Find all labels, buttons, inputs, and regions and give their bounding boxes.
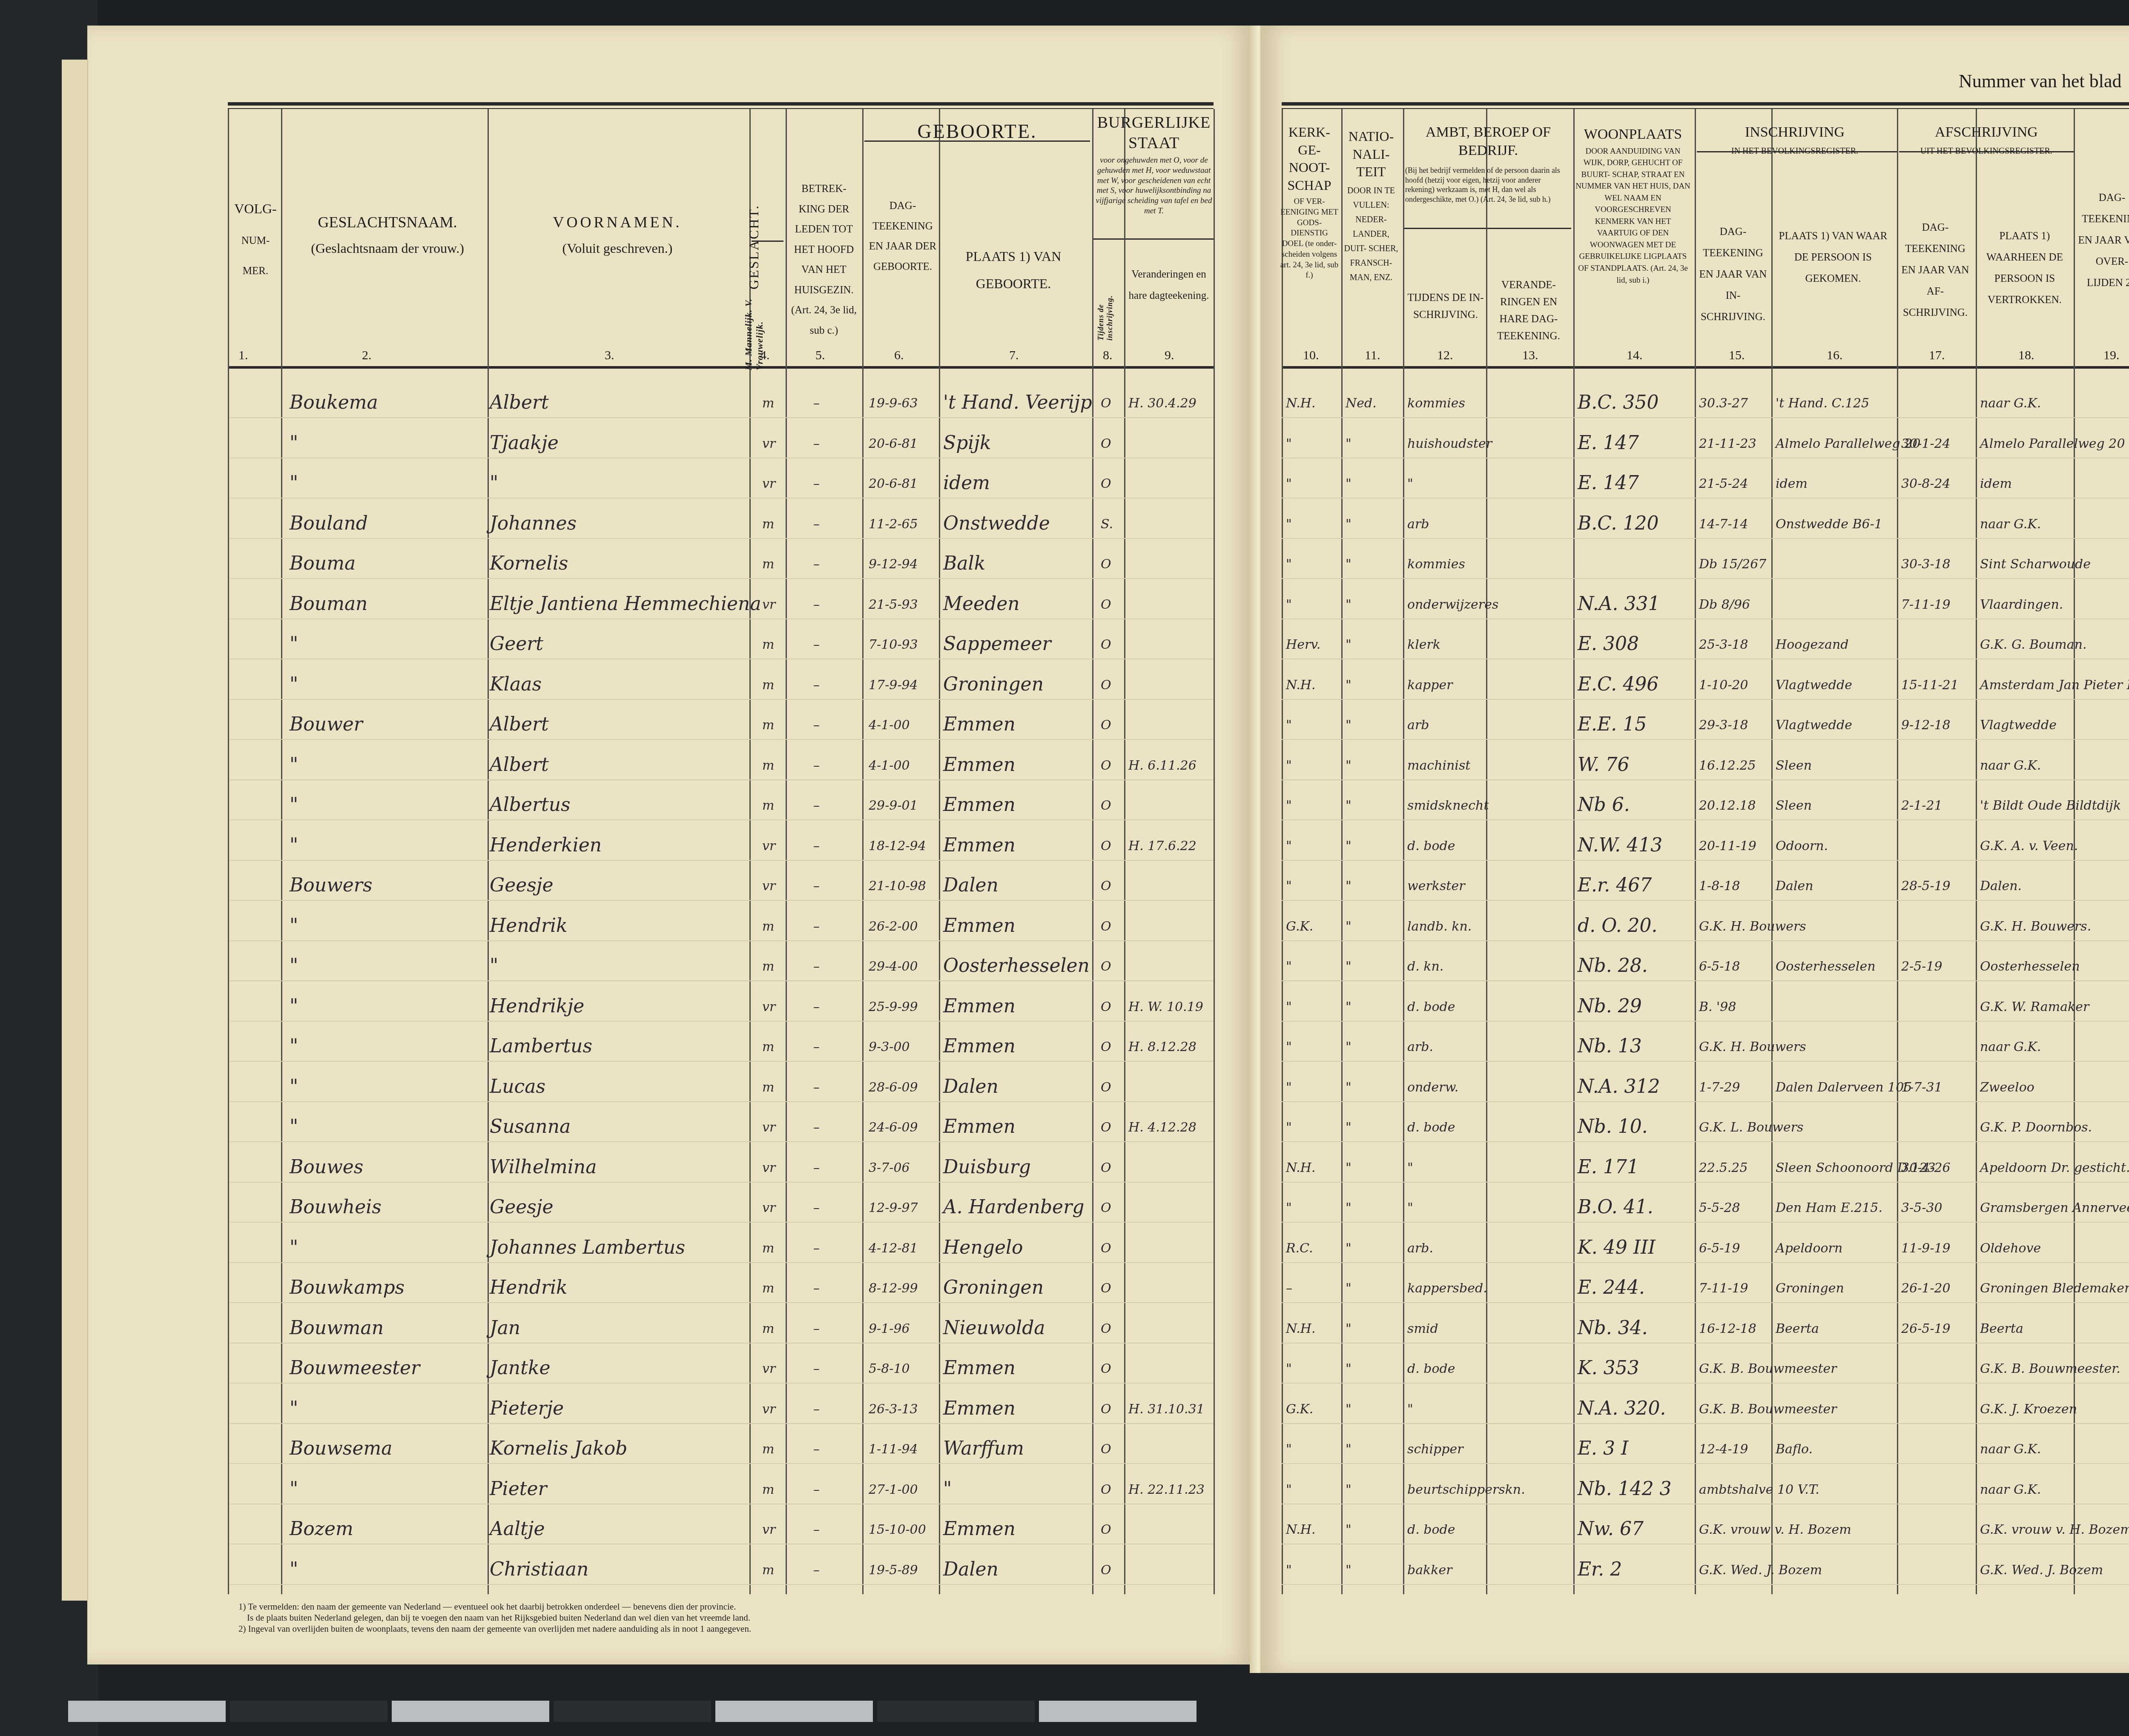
arrived-from-cell: Hoogezand — [1776, 637, 1848, 652]
arrived-from-cell: Dalen Dalerveen 105 — [1776, 1080, 1912, 1095]
address-cell: Nb. 29 — [1578, 995, 1642, 1017]
relation-cell: – — [813, 1040, 820, 1054]
relation-cell: – — [813, 1361, 820, 1376]
arrived-from-cell: Almelo Parallelweg 20 — [1776, 436, 1921, 451]
relation-cell: – — [813, 557, 820, 572]
arrived-from-cell: Apeldoorn — [1776, 1241, 1842, 1256]
relation-cell: – — [813, 1160, 820, 1175]
birth-date-cell: 21-5-93 — [869, 597, 918, 612]
relation-cell: – — [813, 1080, 820, 1095]
departed-to-cell: Gramsbergen Annerveen 623. — [1980, 1200, 2129, 1215]
church-cell: " — [1286, 1482, 1292, 1497]
occupation-cell: arb — [1407, 517, 1429, 532]
birth-place-cell: Onstwedde — [943, 513, 1050, 534]
occupation-cell: d. bode — [1407, 1000, 1455, 1014]
nationality-cell: " — [1346, 839, 1351, 854]
header-text: AMBT, BEROEP OF BEDRIJF. — [1405, 123, 1571, 160]
civil-status-cell: O — [1101, 839, 1111, 854]
registration-date-cell: G.K. B. Bouwmeester — [1699, 1402, 1837, 1417]
row-line — [230, 417, 1214, 418]
given-names-cell: Kornelis — [490, 553, 568, 574]
birth-place-cell: Emmen — [943, 713, 1016, 735]
column-number: 15. — [1729, 348, 1745, 363]
row-line — [230, 619, 1214, 619]
surname-cell: " — [290, 794, 298, 816]
occupation-cell: klerk — [1407, 637, 1440, 652]
birth-date-cell: 5-8-10 — [869, 1361, 910, 1376]
church-cell: " — [1286, 1200, 1292, 1215]
surname-cell: Bouwer — [290, 713, 363, 735]
nationality-cell: " — [1346, 1000, 1351, 1014]
occupation-cell: arb. — [1407, 1040, 1433, 1054]
birth-date-cell: 20-6-81 — [869, 436, 918, 451]
row-line — [230, 779, 1214, 780]
sex-cell: m — [762, 396, 774, 411]
calibration-square — [68, 1701, 226, 1722]
registration-date-cell: G.K. L. Bouwers — [1699, 1120, 1804, 1135]
civil-status-cell: O — [1101, 396, 1111, 411]
birth-date-cell: 18-12-94 — [869, 839, 926, 854]
row-line — [1282, 1222, 2129, 1223]
header-text: VOORNAMEN. — [490, 213, 745, 232]
surname-cell: " — [290, 432, 298, 454]
header-text: INSCHRIJVING — [1697, 123, 1893, 142]
church-cell: " — [1286, 476, 1292, 491]
address-cell: B.C. 120 — [1578, 513, 1658, 534]
nationality-cell: " — [1346, 1402, 1351, 1417]
header-inschrijving-plaats: PLAATS 1) VAN WAAR DE PERSOON IS GEKOMEN… — [1771, 226, 1895, 289]
church-cell: " — [1286, 1080, 1292, 1095]
column-number: 5. — [815, 348, 825, 363]
civil-status-cell: O — [1101, 637, 1111, 652]
deregistration-date-cell: 26-1-20 — [1901, 1281, 1951, 1296]
deregistration-date-cell: 1-7-31 — [1901, 1080, 1942, 1095]
birth-date-cell: 21-10-98 — [869, 879, 926, 894]
civil-change-cell: H. W. 10.19 — [1128, 1000, 1203, 1014]
relation-cell: – — [813, 1522, 820, 1537]
occupation-cell: bakker — [1407, 1563, 1452, 1578]
sex-cell: vr — [762, 597, 775, 612]
birth-date-cell: 4-12-81 — [869, 1241, 918, 1256]
birth-place-cell: idem — [943, 472, 990, 494]
registration-date-cell: 6-5-19 — [1699, 1241, 1740, 1256]
civil-status-cell: O — [1101, 1522, 1111, 1537]
relation-cell: – — [813, 517, 820, 532]
surname-cell: " — [290, 673, 298, 695]
header-geslachtsnaam: GESLACHTSNAAM. (Geslachtsnaam der vrouw.… — [290, 213, 485, 257]
birth-place-cell: Emmen — [943, 995, 1016, 1017]
civil-status-cell: O — [1101, 718, 1111, 733]
birth-date-cell: 1-11-94 — [869, 1442, 918, 1457]
given-names-cell: Geert — [490, 633, 543, 655]
given-names-cell: Albert — [490, 392, 549, 413]
header-kerkgenootschap: KERK- GE- NOOT- SCHAP OF VER- EENIGING M… — [1280, 123, 1339, 281]
row-line — [1282, 779, 2129, 780]
departed-to-cell: Vlagtwedde — [1980, 718, 2057, 733]
registration-date-cell: ambtshalve 10 V.T. — [1699, 1482, 1819, 1497]
column-divider — [1897, 109, 1898, 1594]
relation-cell: – — [813, 919, 820, 934]
row-line — [230, 538, 1214, 539]
nationality-cell: Ned. — [1346, 396, 1377, 411]
civil-change-cell: H. 4.12.28 — [1128, 1120, 1196, 1135]
nationality-cell: " — [1346, 597, 1351, 612]
arrived-from-cell: Dalen — [1776, 879, 1813, 894]
given-names-cell: Pieterje — [490, 1398, 564, 1419]
surname-cell: " — [290, 472, 298, 494]
row-line — [230, 1182, 1214, 1183]
surname-cell: Bouwmeester — [290, 1357, 420, 1379]
civil-status-cell: O — [1101, 1200, 1111, 1215]
row-line — [230, 860, 1214, 861]
occupation-cell: arb. — [1407, 1241, 1433, 1256]
header-overlijden: DAG- TEEKENING EN JAAR VAN OVER- LIJDEN … — [2078, 187, 2129, 294]
birth-place-cell: Emmen — [943, 1116, 1016, 1137]
civil-status-cell: O — [1101, 1080, 1111, 1095]
civil-change-cell: H. 6.11.26 — [1128, 758, 1196, 773]
header-subtext: DOOR IN TE VULLEN: NEDER- LANDER, DUIT- … — [1341, 183, 1401, 285]
top-rule — [228, 102, 1214, 106]
surname-cell: " — [290, 1478, 298, 1500]
registration-date-cell: 7-11-19 — [1699, 1281, 1748, 1296]
surname-cell: " — [290, 1398, 298, 1419]
column-number: 10. — [1303, 348, 1319, 363]
sex-cell: m — [762, 1241, 774, 1256]
row-line — [230, 739, 1214, 740]
column-number: 14. — [1627, 348, 1643, 363]
church-cell: " — [1286, 1361, 1292, 1376]
occupation-cell: smid — [1407, 1321, 1438, 1336]
sex-cell: m — [762, 1563, 774, 1578]
birth-place-cell: Hengelo — [943, 1237, 1023, 1258]
header-subtext: (Bij het bedrijf vermelden of de persoon… — [1405, 166, 1571, 204]
row-line — [1282, 1423, 2129, 1424]
address-cell: d. O. 20. — [1578, 915, 1658, 937]
relation-cell: – — [813, 1000, 820, 1014]
address-cell: Nb. 10. — [1578, 1116, 1648, 1137]
civil-status-cell: O — [1101, 1120, 1111, 1135]
row-line — [1282, 1343, 2129, 1344]
birth-place-cell: " — [943, 1478, 952, 1500]
sex-cell: m — [762, 1281, 774, 1296]
surname-cell: Bouman — [290, 593, 367, 615]
nationality-cell: " — [1346, 1563, 1351, 1578]
occupation-cell: d. kn. — [1407, 959, 1443, 974]
arrived-from-cell: Odoorn. — [1776, 839, 1828, 854]
birth-date-cell: 29-4-00 — [869, 959, 918, 974]
civil-status-cell: O — [1101, 959, 1111, 974]
relation-cell: – — [813, 1482, 820, 1497]
header-rule — [1282, 366, 2129, 369]
registration-date-cell: 1-8-18 — [1699, 879, 1740, 894]
deregistration-date-cell: 9-12-18 — [1901, 718, 1951, 733]
departed-to-cell: G.K. G. Bouman. — [1980, 637, 2087, 652]
sheet-number-label: Nummer van het blad — [1959, 70, 2121, 92]
column-number: 19. — [2103, 348, 2120, 363]
church-cell: " — [1286, 436, 1292, 451]
church-cell: " — [1286, 839, 1292, 854]
address-cell: Nb. 28. — [1578, 955, 1648, 977]
birth-date-cell: 3-7-06 — [869, 1160, 910, 1175]
birth-date-cell: 26-2-00 — [869, 919, 918, 934]
address-cell: Nb. 34. — [1578, 1317, 1648, 1339]
row-line — [1282, 1182, 2129, 1183]
column-divider — [1341, 109, 1343, 1594]
given-names-cell: Johannes Lambertus — [490, 1237, 685, 1258]
address-cell: Er. 2 — [1578, 1558, 1622, 1580]
surname-cell: " — [290, 915, 298, 937]
church-cell: " — [1286, 517, 1292, 532]
footnote-1: 1) Te vermelden: den naam der gemeente v… — [238, 1601, 736, 1612]
registration-date-cell: 29-3-18 — [1699, 718, 1748, 733]
civil-status-cell: O — [1101, 879, 1111, 894]
header-tijdens-inschrijving: Tijdens de inschrijving. — [1096, 264, 1114, 341]
header-afschrijving: AFSCHRIJVING UIT HET BEVOLKINGSREGISTER. — [1899, 123, 2074, 157]
column-divider — [1124, 109, 1125, 1594]
departed-to-cell: G.K. H. Bouwers. — [1980, 919, 2091, 934]
column-divider — [1573, 109, 1575, 1594]
deregistration-date-cell: 2-1-21 — [1901, 798, 1942, 813]
birth-date-cell: 15-10-00 — [869, 1522, 926, 1537]
header-geboorte-plaats: PLAATS 1) VAN GEBOORTE. — [941, 243, 1086, 297]
given-names-cell: Lucas — [490, 1076, 545, 1097]
sex-cell: vr — [762, 839, 775, 854]
church-cell: " — [1286, 557, 1292, 572]
header-text: VOLG- — [230, 200, 281, 217]
row-line — [1282, 1383, 2129, 1384]
header-subtext: (Geslachtsnaam der vrouw.) — [290, 240, 485, 257]
birth-place-cell: Emmen — [943, 1518, 1016, 1540]
church-cell: " — [1286, 758, 1292, 773]
row-line — [1282, 1504, 2129, 1504]
header-text: NUM- — [230, 234, 281, 247]
sex-cell: vr — [762, 1200, 775, 1215]
header-ambt-tijdens: TIJDENS DE IN- SCHRIJVING. — [1405, 289, 1486, 324]
given-names-cell: Hendrikje — [490, 995, 584, 1017]
subheader-rule — [1092, 238, 1214, 240]
header-subtext: UIT HET BEVOLKINGSREGISTER. — [1899, 146, 2074, 157]
nationality-cell: " — [1346, 436, 1351, 451]
given-names-cell: Jantke — [490, 1357, 551, 1379]
relation-cell: – — [813, 396, 820, 411]
departed-to-cell: 't Bildt Oude Bildtdijk — [1980, 798, 2121, 813]
row-line — [1282, 739, 2129, 740]
registration-date-cell: 25-3-18 — [1699, 637, 1748, 652]
header-subtext: OF VER- EENIGING MET GODS- DIENSTIG DOEL… — [1280, 197, 1339, 281]
occupation-cell: schipper — [1407, 1442, 1463, 1457]
surname-cell: Bouland — [290, 513, 368, 534]
address-cell: E.r. 467 — [1578, 874, 1652, 896]
row-line — [1282, 940, 2129, 941]
deregistration-date-cell: 30-3-18 — [1901, 557, 1951, 572]
column-number: 9. — [1165, 348, 1174, 363]
given-names-cell: " — [490, 955, 498, 977]
header-woonplaats: WOONPLAATS DOOR AANDUIDING VAN WIJK, DOR… — [1575, 126, 1690, 286]
address-cell: E.C. 496 — [1578, 673, 1658, 695]
occupation-cell: " — [1407, 476, 1413, 491]
row-line — [1282, 458, 2129, 458]
column-number: 1. — [238, 348, 248, 363]
deregistration-date-cell: 28-5-19 — [1901, 879, 1951, 894]
deregistration-date-cell: 11-9-19 — [1901, 1241, 1951, 1256]
column-number: 17. — [1929, 348, 1945, 363]
occupation-cell: d. bode — [1407, 1522, 1455, 1537]
header-geboorte: GEBOORTE. — [864, 119, 1090, 144]
header-volgnummer: VOLG- NUM- MER. — [230, 200, 281, 278]
arrived-from-cell: Groningen — [1776, 1281, 1844, 1296]
header-afschrijving-plaats: PLAATS 1) WAARHEEN DE PERSOON IS VERTROK… — [1976, 226, 2074, 311]
sex-cell: m — [762, 678, 774, 693]
row-line — [1282, 1021, 2129, 1022]
header-betrekking: BETREK- KING DER LEDEN TOT HET HOOFD VAN… — [788, 179, 860, 341]
row-line — [1282, 659, 2129, 659]
birth-place-cell: Balk — [943, 553, 985, 574]
deregistration-date-cell: 3-5-30 — [1901, 1200, 1942, 1215]
row-line — [230, 578, 1214, 579]
footnote-2: 2) Ingeval van overlijden buiten de woon… — [238, 1624, 751, 1634]
birth-date-cell: 19-9-63 — [869, 396, 918, 411]
given-names-cell: Johannes — [490, 513, 577, 534]
sex-cell: m — [762, 1482, 774, 1497]
nationality-cell: " — [1346, 1040, 1351, 1054]
column-number: 18. — [2018, 348, 2034, 363]
given-names-cell: Eltje Jantiena Hemmechiena — [490, 593, 761, 615]
sex-cell: vr — [762, 1120, 775, 1135]
birth-place-cell: Emmen — [943, 1035, 1016, 1057]
header-geslacht: GESLACHT. — [746, 162, 762, 289]
row-line — [230, 659, 1214, 659]
surname-cell: Bouwsema — [290, 1438, 392, 1459]
column-number: 2. — [362, 348, 372, 363]
civil-status-cell: O — [1101, 1563, 1111, 1578]
row-line — [1282, 1463, 2129, 1464]
birth-place-cell: Emmen — [943, 754, 1016, 776]
row-line — [1282, 860, 2129, 861]
relation-cell: – — [813, 758, 820, 773]
church-cell: R.C. — [1286, 1241, 1313, 1256]
birth-place-cell: Duisburg — [943, 1156, 1031, 1178]
departed-to-cell: naar G.K. — [1980, 517, 2041, 532]
departed-to-cell: Apeldoorn Dr. gesticht. — [1980, 1160, 2129, 1175]
address-cell: E. 171 — [1578, 1156, 1639, 1178]
sex-cell: m — [762, 758, 774, 773]
given-names-cell: Albert — [490, 754, 549, 776]
given-names-cell: Aaltje — [490, 1518, 545, 1540]
civil-status-cell: O — [1101, 798, 1111, 813]
address-cell: E. 147 — [1578, 432, 1639, 454]
registration-date-cell: 5-5-28 — [1699, 1200, 1740, 1215]
address-cell: Nb. 13 — [1578, 1035, 1642, 1057]
departed-to-cell: naar G.K. — [1980, 1040, 2041, 1054]
given-names-cell: Albertus — [490, 794, 571, 816]
registration-date-cell: G.K. B. Bouwmeester — [1699, 1361, 1837, 1376]
header-nationaliteit: NATIO- NALI- TEIT DOOR IN TE VULLEN: NED… — [1341, 128, 1401, 285]
row-line — [230, 1343, 1214, 1344]
occupation-cell: onderw. — [1407, 1080, 1458, 1095]
row-line — [1282, 900, 2129, 901]
occupation-cell: kommies — [1407, 396, 1465, 411]
row-line — [230, 1262, 1214, 1263]
sex-cell: vr — [762, 1402, 775, 1417]
surname-cell: " — [290, 633, 298, 655]
civil-status-cell: O — [1101, 1402, 1111, 1417]
registration-date-cell: B. '98 — [1699, 1000, 1736, 1014]
occupation-cell: d. bode — [1407, 839, 1455, 854]
given-names-cell: Jan — [490, 1317, 520, 1339]
address-cell: K. 353 — [1578, 1357, 1639, 1379]
church-cell: – — [1286, 1281, 1292, 1296]
surname-cell: " — [290, 1237, 298, 1258]
church-cell: " — [1286, 597, 1292, 612]
registration-date-cell: G.K. H. Bouwers — [1699, 919, 1806, 934]
header-geboorte-datum: DAG- TEEKENING EN JAAR DER GEBOORTE. — [864, 196, 941, 277]
row-line — [230, 900, 1214, 901]
relation-cell: – — [813, 839, 820, 854]
given-names-cell: Henderkien — [490, 834, 602, 856]
column-divider — [1214, 109, 1215, 1594]
church-cell: " — [1286, 1000, 1292, 1014]
address-cell: Nw. 67 — [1578, 1518, 1644, 1540]
relation-cell: – — [813, 1442, 820, 1457]
column-divider — [786, 109, 787, 1594]
given-names-cell: Pieter — [490, 1478, 547, 1500]
row-line — [230, 1101, 1214, 1102]
civil-status-cell: O — [1101, 476, 1111, 491]
column-divider — [1695, 109, 1696, 1594]
surname-cell: Bouma — [290, 553, 356, 574]
nationality-cell: " — [1346, 1120, 1351, 1135]
registration-date-cell: 21-11-23 — [1699, 436, 1756, 451]
nationality-cell: " — [1346, 1321, 1351, 1336]
column-number: 4. — [760, 348, 770, 363]
relation-cell: – — [813, 476, 820, 491]
nationality-cell: " — [1346, 1522, 1351, 1537]
departed-to-cell: naar G.K. — [1980, 396, 2041, 411]
header-text: MER. — [230, 264, 281, 278]
row-line — [1282, 619, 2129, 619]
header-text: GESLACHTSNAAM. — [290, 213, 485, 232]
given-names-cell: Geesje — [490, 1196, 554, 1218]
relation-cell: – — [813, 879, 820, 894]
registration-date-cell: G.K. vrouw v. H. Bozem — [1699, 1522, 1851, 1537]
relation-cell: – — [813, 678, 820, 693]
address-cell: N.A. 312 — [1578, 1076, 1660, 1097]
calibration-square — [1039, 1701, 1196, 1722]
civil-status-cell: O — [1101, 1000, 1111, 1014]
departed-to-cell: G.K. B. Bouwmeester. — [1980, 1361, 2120, 1376]
relation-cell: – — [813, 1402, 820, 1417]
church-cell: " — [1286, 1442, 1292, 1457]
registration-date-cell: 22.5.25 — [1699, 1160, 1748, 1175]
row-line — [230, 980, 1214, 981]
arrived-from-cell: Den Ham E.215. — [1776, 1200, 1882, 1215]
birth-date-cell: 20-6-81 — [869, 476, 918, 491]
address-cell: E. 308 — [1578, 633, 1639, 655]
registration-date-cell: 20-11-19 — [1699, 839, 1756, 854]
church-cell: " — [1286, 959, 1292, 974]
row-line — [1282, 819, 2129, 820]
birth-date-cell: 9-3-00 — [869, 1040, 910, 1054]
departed-to-cell: Groningen Bledemakerstraat 30 — [1980, 1281, 2129, 1296]
header-subtext: IN HET BEVOLKINGSREGISTER. — [1697, 146, 1893, 157]
header-burgerlijke-staat: BURGERLIJKE STAAT — [1090, 113, 1218, 153]
row-line — [1282, 1544, 2129, 1544]
column-number: 3. — [605, 348, 614, 363]
row-line — [1282, 980, 2129, 981]
birth-date-cell: 17-9-94 — [869, 678, 918, 693]
header-burgerlijke-staat-note: voor ongehuwden met O, voor de gehuwden … — [1092, 155, 1216, 216]
sex-cell: m — [762, 1040, 774, 1054]
